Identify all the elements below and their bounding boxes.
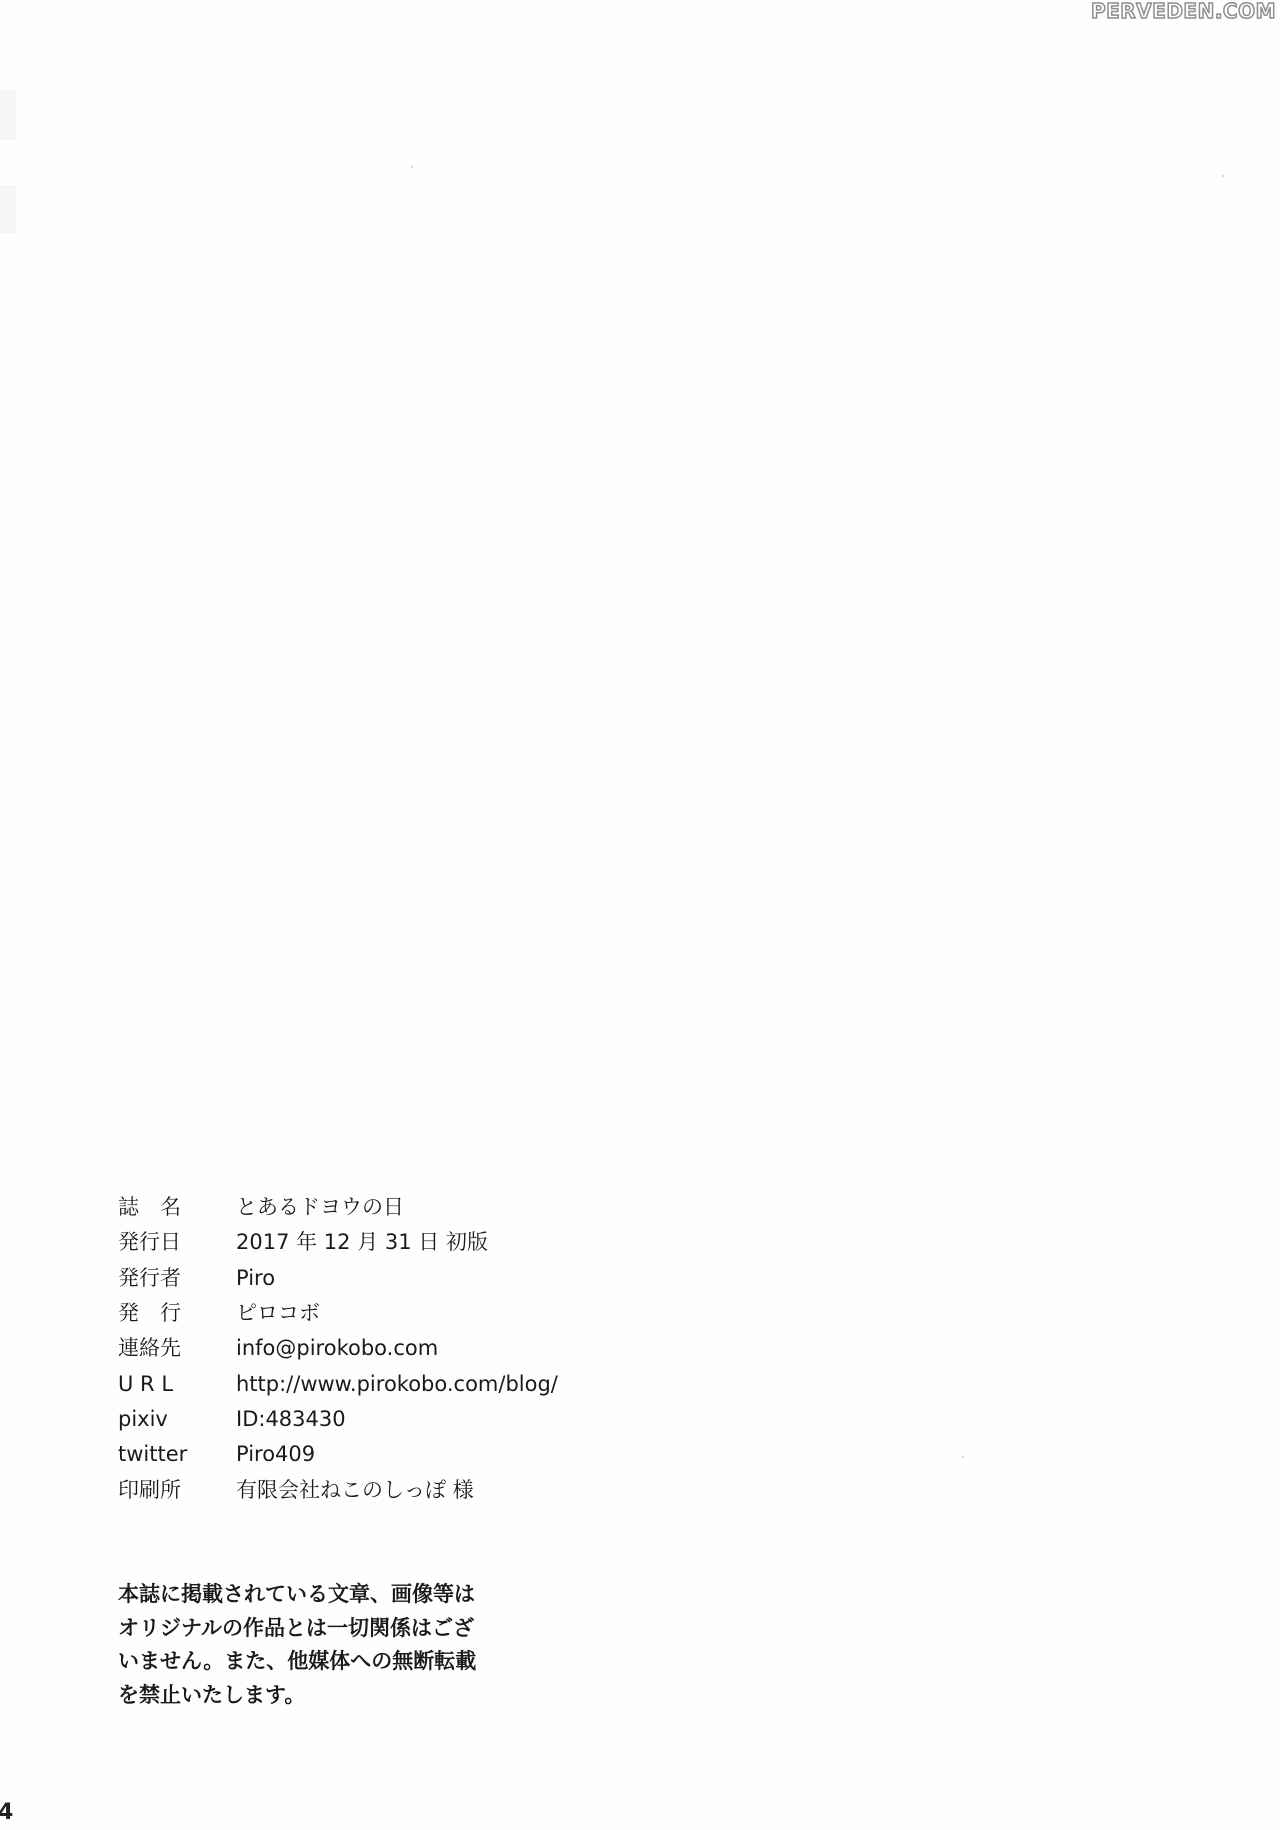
notice-line: いません。また、他媒体への無断転載 [118, 1645, 538, 1679]
notice-line: を禁止いたします。 [118, 1679, 538, 1713]
colophon-row-url: U R L http://www.pirokobo.com/blog/ [118, 1366, 638, 1401]
row-value: 2017 年 12 月 31 日 初版 [236, 1225, 488, 1260]
row-label: 誌 名 [118, 1190, 236, 1225]
colophon-table: 誌 名 とあるドヨウの日 発行日 2017 年 12 月 31 日 初版 発行者… [118, 1190, 638, 1508]
scan-speck [1222, 175, 1224, 177]
row-label: 発行日 [118, 1225, 236, 1260]
site-watermark: PERVEDEN.COM [1051, 0, 1280, 22]
colophon-row-publisher: 発行者 Piro [118, 1261, 638, 1296]
row-label: 発 行 [118, 1296, 236, 1331]
row-label: twitter [118, 1437, 236, 1472]
row-value: ID:483430 [236, 1402, 346, 1437]
notice-line: オリジナルの作品とは一切関係はござ [118, 1612, 538, 1646]
page-number: 4 [0, 1800, 13, 1825]
notice-line: 本誌に掲載されている文章、画像等は [118, 1578, 538, 1612]
scan-speck [962, 1456, 964, 1458]
row-value: 有限会社ねこのしっぽ 様 [236, 1473, 474, 1508]
row-value: info@pirokobo.com [236, 1331, 438, 1366]
colophon-row-title: 誌 名 とあるドヨウの日 [118, 1190, 638, 1225]
colophon-row-pixiv: pixiv ID:483430 [118, 1402, 638, 1437]
scan-speck [411, 166, 413, 168]
row-value: http://www.pirokobo.com/blog/ [236, 1367, 558, 1402]
row-value: ピロコボ [236, 1296, 320, 1331]
row-label: 発行者 [118, 1261, 236, 1296]
row-label: U R L [118, 1367, 236, 1402]
row-value: とあるドヨウの日 [236, 1190, 404, 1225]
colophon-row-publish-date: 発行日 2017 年 12 月 31 日 初版 [118, 1225, 638, 1260]
colophon-page: PERVEDEN.COM 誌 名 とあるドヨウの日 発行日 2017 年 12 … [0, 0, 1280, 1830]
row-label: 印刷所 [118, 1473, 236, 1508]
scan-edge-artifact [0, 90, 16, 140]
colophon-row-printer: 印刷所 有限会社ねこのしっぽ 様 [118, 1472, 638, 1507]
row-label: pixiv [118, 1402, 236, 1437]
colophon-row-contact: 連絡先 info@pirokobo.com [118, 1331, 638, 1366]
copyright-notice: 本誌に掲載されている文章、画像等は オリジナルの作品とは一切関係はござ いません… [118, 1578, 538, 1712]
scan-edge-artifact [0, 185, 16, 233]
colophon-row-twitter: twitter Piro409 [118, 1437, 638, 1472]
row-value: Piro [236, 1261, 275, 1296]
row-value: Piro409 [236, 1437, 315, 1472]
row-label: 連絡先 [118, 1331, 236, 1366]
colophon-row-issuer: 発 行 ピロコボ [118, 1296, 638, 1331]
